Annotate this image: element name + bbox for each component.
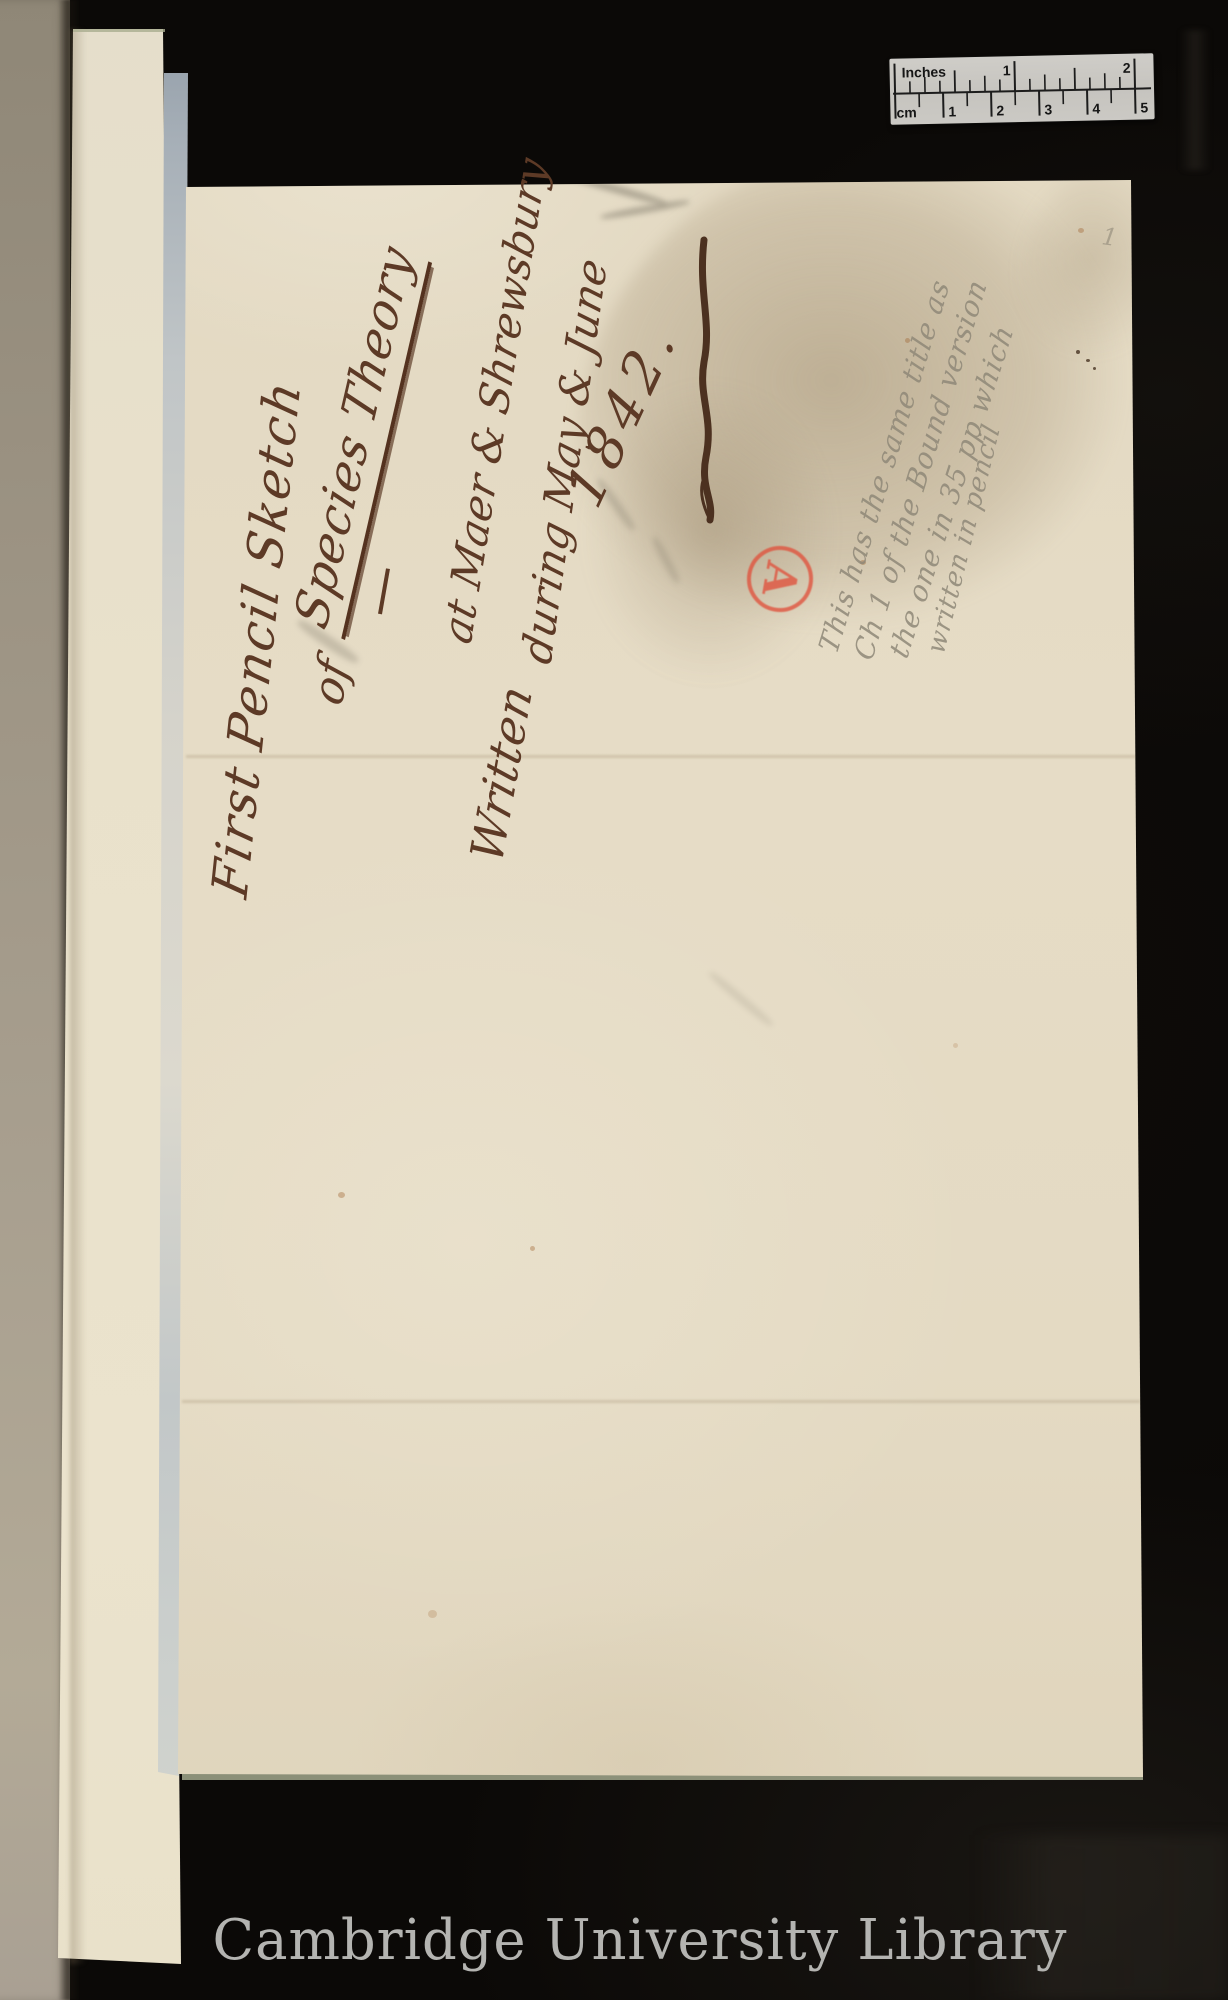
charcoal-smudge xyxy=(707,970,775,1029)
foxing-spot xyxy=(338,1192,345,1198)
water-stain-corner xyxy=(1020,170,1200,390)
foxing-spot xyxy=(428,1610,437,1618)
fold-crease-lower xyxy=(182,1400,1140,1403)
ink-speck xyxy=(1093,367,1096,370)
ruler-inch-1: 1 xyxy=(1003,62,1011,78)
ruler-cm-label: cm xyxy=(896,104,917,120)
charcoal-smudge xyxy=(600,198,690,221)
page-block-shade xyxy=(70,29,86,1964)
foxing-spot xyxy=(530,1246,535,1251)
ruler-cm-5: 5 xyxy=(1140,99,1148,115)
ruler-cm-1: 1 xyxy=(948,103,956,119)
foxing-spot xyxy=(953,1043,958,1048)
scale-ruler: Inches 1 2 cm 1 2 3 4 5 xyxy=(889,53,1154,125)
stamp-letter: A xyxy=(752,558,808,600)
ink-flourish xyxy=(692,232,736,532)
ruler-cm-3: 3 xyxy=(1044,101,1052,117)
library-caption: Cambridge University Library xyxy=(213,1908,1068,1973)
scale-ruler-markings: Inches 1 2 cm 1 2 3 4 5 xyxy=(889,53,1154,125)
velvet-backdrop-seam xyxy=(1180,30,1210,170)
ruler-inch-2: 2 xyxy=(1123,60,1131,76)
ink-speck xyxy=(1086,359,1090,362)
ruler-cm-4: 4 xyxy=(1092,100,1100,116)
fold-crease-upper xyxy=(186,755,1136,758)
ruler-cm-2: 2 xyxy=(996,102,1004,118)
foxing-spot xyxy=(1078,228,1084,233)
charcoal-smudge xyxy=(557,169,667,208)
photograph-stage: First Pencil Sketch of Species Theory Wr… xyxy=(0,0,1228,2000)
ruler-inches-label: Inches xyxy=(901,64,946,81)
ink-speck xyxy=(1076,350,1080,354)
page-block-top-edge xyxy=(73,29,165,32)
